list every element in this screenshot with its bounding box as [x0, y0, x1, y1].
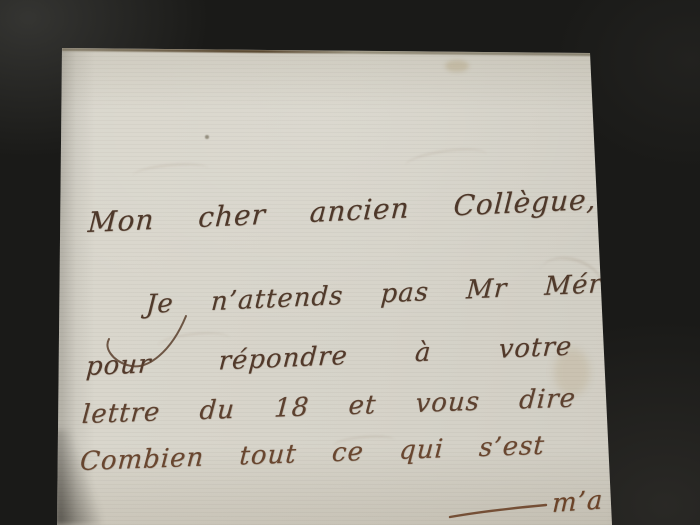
handwritten-line: lettre du 18 et vous dire	[81, 384, 577, 430]
handwritten-line: Combien tout ce qui s’est	[79, 431, 546, 477]
handwritten-line: pour répondre à votre	[85, 332, 573, 382]
handwritten-salutation: Mon cher ancien Collègue,	[87, 183, 598, 239]
paper-top-edge	[62, 48, 591, 55]
ink-bleedthrough	[404, 144, 488, 175]
handwritten-partial-line: m’a	[551, 485, 603, 519]
paper-edge-ink-mark	[233, 44, 263, 49]
ink-bleedthrough	[132, 161, 209, 184]
dash-flourish-before-ma	[450, 505, 546, 517]
paper-corner-shadow	[55, 430, 101, 525]
paper-speck	[205, 135, 209, 139]
paper-stain	[445, 60, 469, 72]
photo-background: Mon cher ancien Collègue, Je n’attends p…	[0, 0, 700, 525]
handwritten-line: Je n’attends pas Mr Mérimée	[145, 266, 670, 320]
letter-paper: Mon cher ancien Collègue, Je n’attends p…	[0, 0, 700, 525]
